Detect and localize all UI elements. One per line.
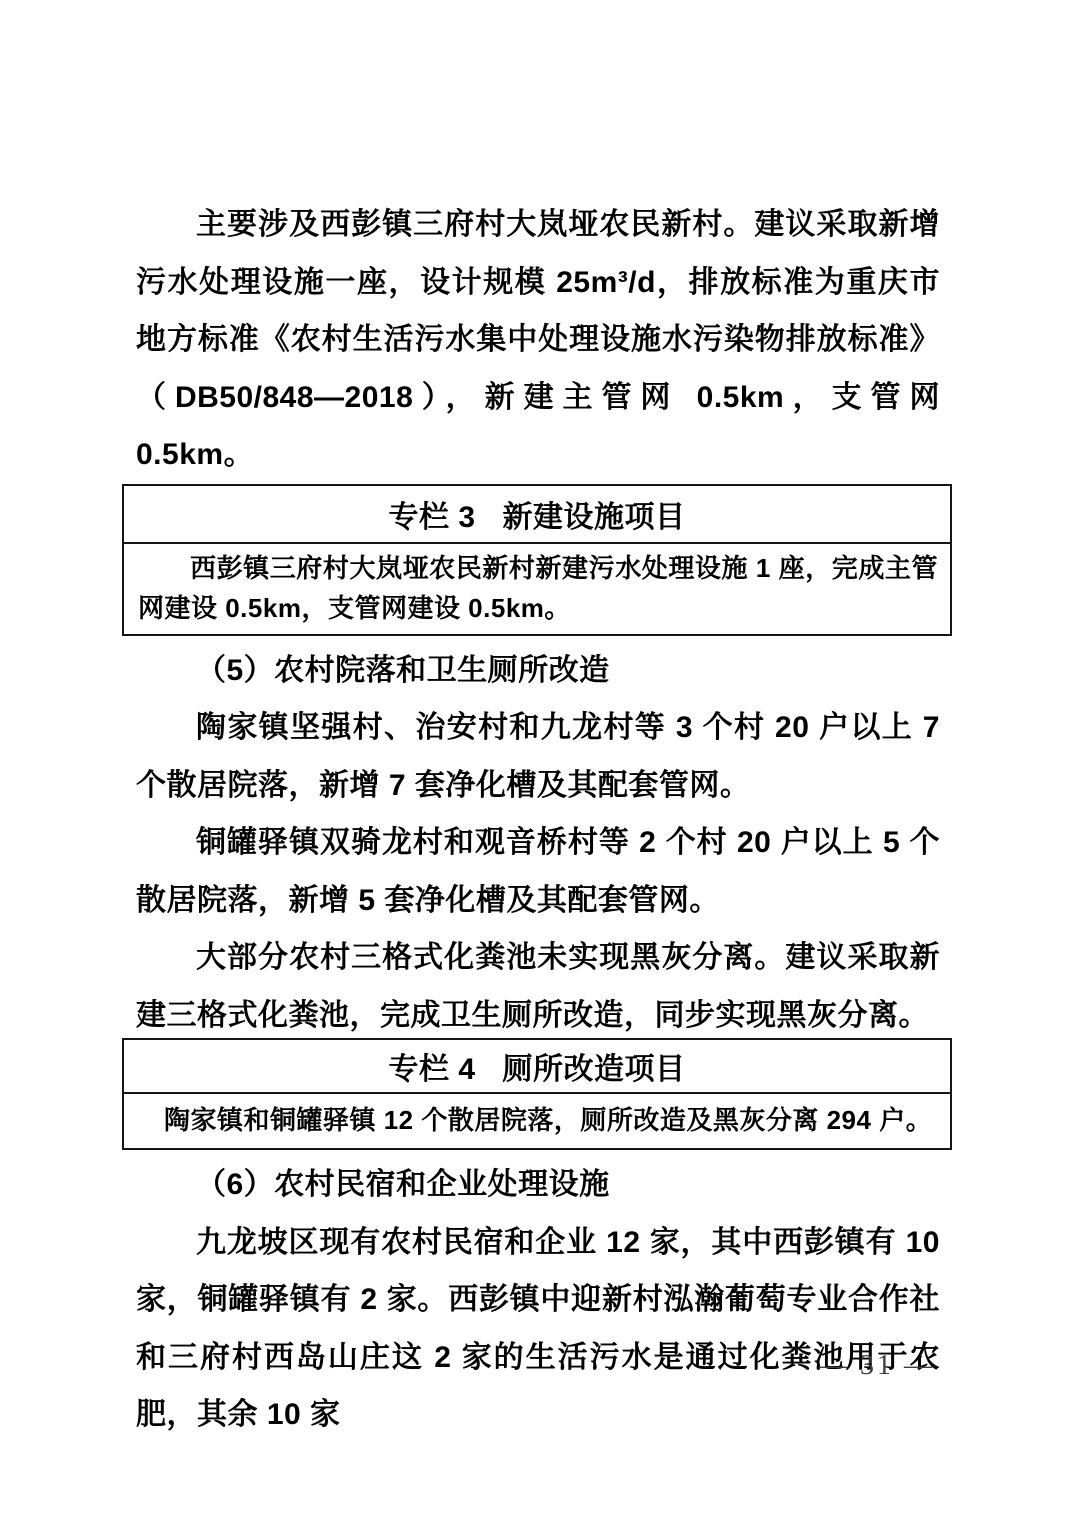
panel-toilet-renovation-body: 陶家镇和铜罐驿镇 12 个散居院落，厕所改造及黑灰分离 294 户。 <box>124 1094 950 1148</box>
panel-toilet-renovation-title: 厕所改造项目 <box>503 1044 686 1088</box>
panel-toilet-renovation: 专栏 4 厕所改造项目 陶家镇和铜罐驿镇 12 个散居院落，厕所改造及黑灰分离 … <box>122 1038 952 1150</box>
section-6-heading: （6）农村民宿和企业处理设施 <box>122 1156 952 1214</box>
section-5-paragraph-2: 铜罐驿镇双骑龙村和观音桥村等 2 个村 20 户以上 5 个散居院落，新增 5 … <box>122 814 952 929</box>
section-5-paragraph-3: 大部分农村三格式化粪池未实现黑灰分离。建议采取新建三格式化粪池，完成卫生厕所改造… <box>122 929 952 1044</box>
panel-new-facilities-body: 西彭镇三府村大岚垭农民新村新建污水处理设施 1 座，完成主管网建设 0.5km，… <box>124 544 950 634</box>
panel-new-facilities-label: 专栏 3 <box>388 492 475 536</box>
page-number: — 31 — <box>819 1350 935 1382</box>
intro-paragraph: 主要涉及西彭镇三府村大岚垭农民新村。建议采取新增污水处理设施一座，设计规模 25… <box>122 196 952 484</box>
section-5-paragraph-1: 陶家镇坚强村、治安村和九龙村等 3 个村 20 户以上 7 个散居院落，新增 7… <box>122 699 952 814</box>
panel-toilet-renovation-header: 专栏 4 厕所改造项目 <box>124 1040 950 1094</box>
section-6-paragraph-1: 九龙坡区现有农村民宿和企业 12 家，其中西彭镇有 10 家，铜罐驿镇有 2 家… <box>122 1214 952 1444</box>
panel-new-facilities: 专栏 3 新建设施项目 西彭镇三府村大岚垭农民新村新建污水处理设施 1 座，完成… <box>122 484 952 636</box>
panel-new-facilities-header: 专栏 3 新建设施项目 <box>124 486 950 544</box>
panel-toilet-renovation-label: 专栏 4 <box>388 1044 475 1088</box>
document-page: 主要涉及西彭镇三府村大岚垭农民新村。建议采取新增污水处理设施一座，设计规模 25… <box>0 0 1074 1520</box>
document-content: 主要涉及西彭镇三府村大岚垭农民新村。建议采取新增污水处理设施一座，设计规模 25… <box>122 196 952 1444</box>
section-5-heading: （5）农村院落和卫生厕所改造 <box>122 642 952 700</box>
panel-new-facilities-text: 西彭镇三府村大岚垭农民新村新建污水处理设施 1 座，完成主管网建设 0.5km，… <box>124 548 950 628</box>
panel-new-facilities-title: 新建设施项目 <box>503 492 686 536</box>
panel-toilet-renovation-text: 陶家镇和铜罐驿镇 12 个散居院落，厕所改造及黑灰分离 294 户。 <box>124 1098 950 1142</box>
